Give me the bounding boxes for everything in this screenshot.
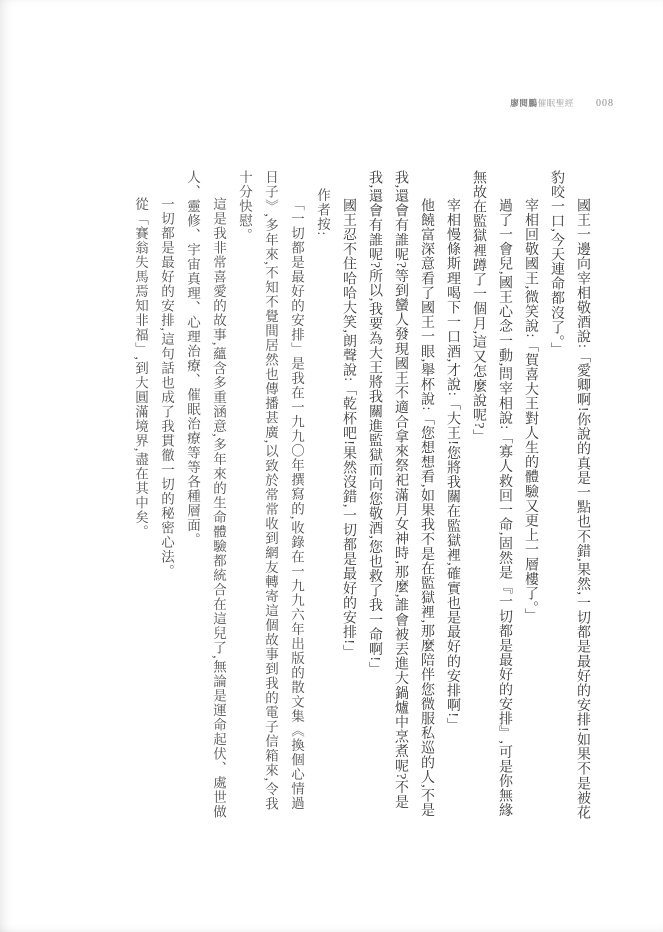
- author-note-section: 作者按: 「一切都是最好的安排」是我在一九九〇年撰寫的,收錄在一九九六年出版的散…: [127, 170, 335, 820]
- book-title: 催眠聖經: [538, 98, 574, 108]
- author-note-paragraph: 這是我非常喜愛的故事,蘊含多重涵意,多年來的生命體驗都統合在這兒了,無論是運命起…: [179, 170, 231, 820]
- author-note-heading: 作者按:: [309, 170, 335, 820]
- book-author: 廖閱鵬: [510, 98, 537, 108]
- author-note-paragraph: 一切都是最好的安排,這句話也成了我貫徹一切的秘密心法。: [153, 170, 179, 820]
- page-body: 國王一邊向宰相敬酒說:「愛卿啊!你說的真是一點也不錯,果然,一切都是最好的安排!…: [85, 170, 595, 820]
- page-number: 008: [596, 98, 614, 109]
- running-header: 廖閱鵬催眠聖經 008: [510, 97, 614, 109]
- author-note-paragraph: 「一切都是最好的安排」是我在一九九〇年撰寫的,收錄在一九九六年出版的散文集《換個…: [231, 170, 309, 820]
- running-header-title: 廖閱鵬催眠聖經: [510, 97, 574, 109]
- story-section: 國王一邊向宰相敬酒說:「愛卿啊!你說的真是一點也不錯,果然,一切都是最好的安排!…: [335, 170, 595, 820]
- book-page: 廖閱鵬催眠聖經 008 國王一邊向宰相敬酒說:「愛卿啊!你說的真是一點也不錯,果…: [0, 0, 663, 932]
- story-paragraph: 他饒富深意看了國王一眼,舉杯說:「您想想看,如果我不是在監獄裡,那麼陪伴您微服私…: [361, 170, 439, 820]
- story-paragraph: 國王一邊向宰相敬酒說:「愛卿啊!你說的真是一點也不錯,果然,一切都是最好的安排!…: [543, 170, 595, 820]
- author-note-paragraph: 從「賽翁失馬焉知非福」,到大圓滿境界,盡在其中矣。: [127, 170, 153, 820]
- story-paragraph: 宰相回敬國王,微笑說:「賀喜大王對人生的體驗又更上一層樓了。」: [517, 170, 543, 820]
- story-paragraph: 宰相慢條斯理喝下一口酒,才說:「大王!您將我關在監獄裡,確實也是最好的安排啊!」: [439, 170, 465, 820]
- story-paragraph: 國王忍不住哈哈大笑,朗聲說:「乾杯吧!果然沒錯,一切都是最好的安排!」: [335, 170, 361, 820]
- story-paragraph: 過了一會兒,國王心念一動,問宰相說:「寡人救回一命,固然是『一切都是最好的安排』…: [465, 170, 517, 820]
